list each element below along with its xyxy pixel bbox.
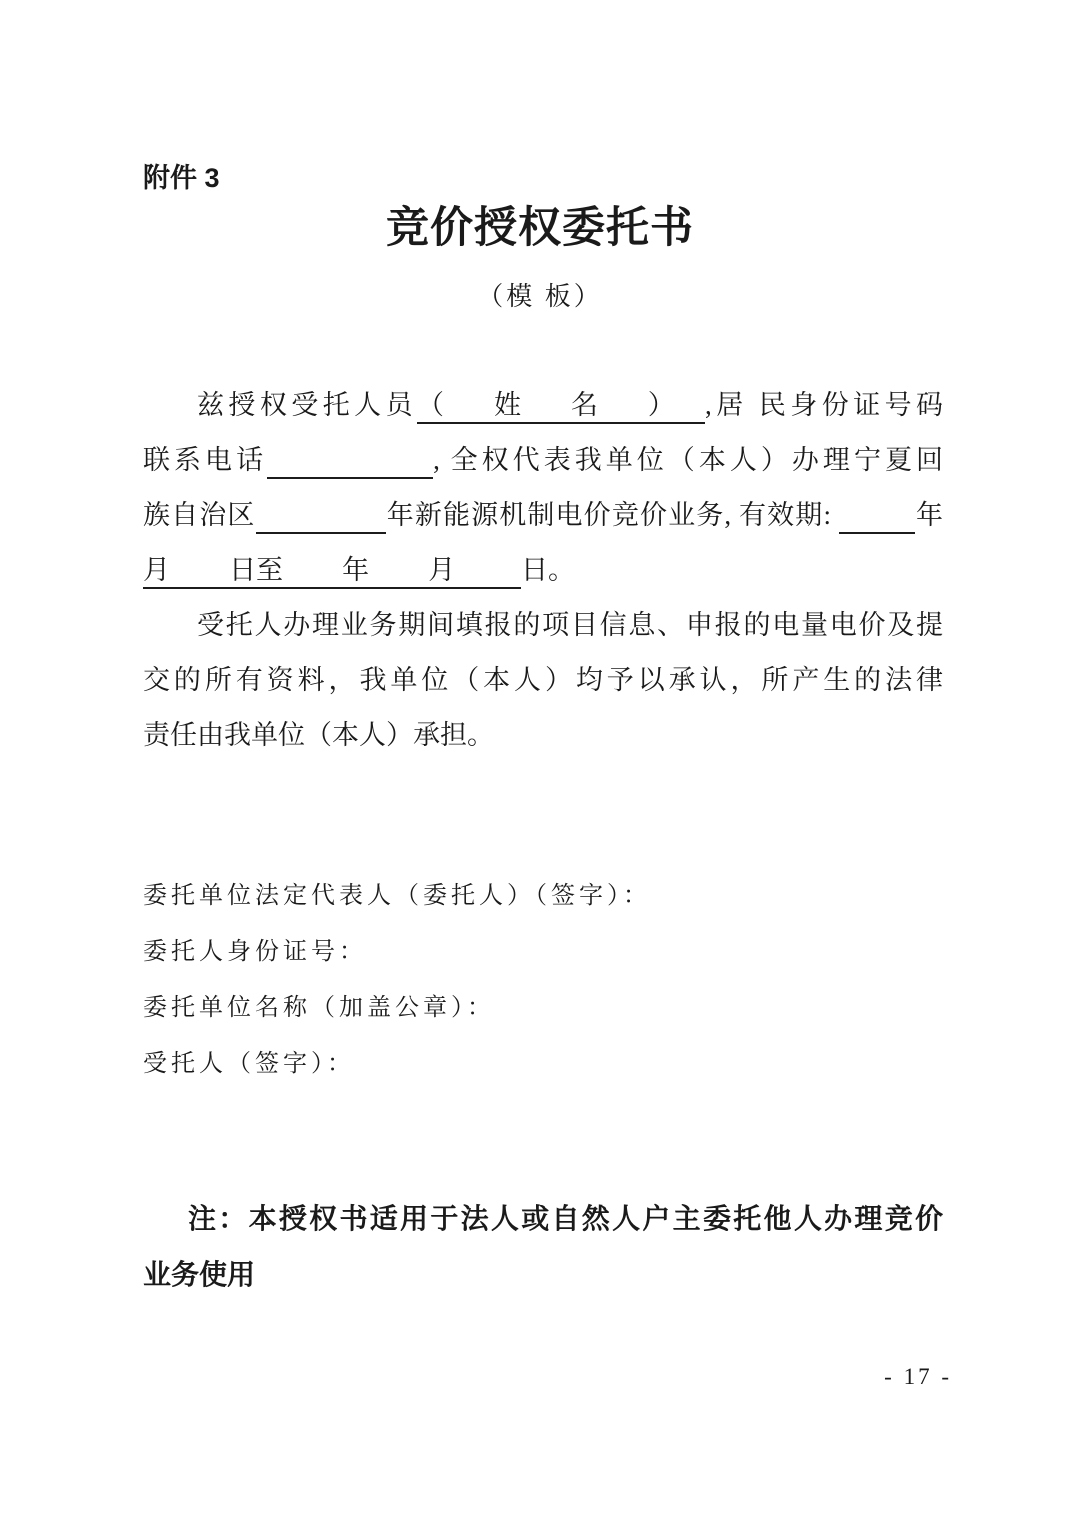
document-body: 兹授权受托人员（ 姓 名 ）,居 民身份证号码 联系电话, 全权代表我单位（本人… — [143, 378, 943, 763]
text-run: 月 — [143, 553, 170, 587]
paragraph1-line3: 族自治区年新能源机制电价竞价业务, 有效期: 年 — [143, 488, 943, 543]
fill-in-blank-dates: 月日至年月 — [143, 553, 521, 589]
document-title: 竞价授权委托书 — [140, 200, 940, 256]
text-run: , 全权代表我单位（本人）办理宁夏回 — [433, 445, 943, 475]
fill-in-blank-year — [256, 498, 386, 534]
text-run: 年 — [915, 500, 943, 530]
text-run: 月 — [428, 553, 455, 587]
paragraph1-line4: 月日至年月日。 — [143, 543, 943, 598]
note-block: 注：本授权书适用于法人或自然人户主委托他人办理竞价 业务使用 — [143, 1192, 943, 1304]
text-run: 联系电话 — [143, 445, 267, 475]
page-number: - 17 - — [884, 1362, 952, 1392]
paragraph1-line2: 联系电话, 全权代表我单位（本人）办理宁夏回 — [143, 433, 943, 488]
signature-line-unit-name: 委托单位名称（加盖公章）： — [143, 980, 943, 1036]
note-line2: 业务使用 — [143, 1248, 943, 1304]
text-run: 日。 — [521, 555, 575, 585]
signature-line-id-number: 委托人身份证号： — [143, 924, 943, 980]
text-run: 族自治区 — [143, 500, 256, 530]
paragraph2-line3: 责任由我单位（本人）承担。 — [143, 708, 943, 763]
text-run: 日至 — [229, 553, 283, 587]
text-run: 年 — [342, 553, 369, 587]
text-run: 年新能源机制电价竞价业务, 有效期: — [386, 500, 839, 530]
document-subtitle: （模 板） — [140, 280, 940, 314]
note-line1: 注：本授权书适用于法人或自然人户主委托他人办理竞价 — [143, 1192, 943, 1248]
paragraph2-line2: 交的所有资料，我单位（本人）均予以承认，所产生的法律 — [143, 653, 943, 708]
document-page: 附件 3 竞价授权委托书 （模 板） 兹授权受托人员（ 姓 名 ）,居 民身份证… — [0, 0, 1080, 1526]
signature-block: 委托单位法定代表人（委托人）（签字）： 委托人身份证号： 委托单位名称（加盖公章… — [143, 868, 943, 1092]
signature-line-trustee: 受托人（签字）： — [143, 1036, 943, 1092]
signature-line-legal-representative: 委托单位法定代表人（委托人）（签字）： — [143, 868, 943, 924]
text-run: ,居 民身份证号码 — [705, 390, 943, 420]
paragraph1-line1: 兹授权受托人员（ 姓 名 ）,居 民身份证号码 — [143, 378, 943, 433]
text-run: 兹授权受托人员 — [197, 390, 417, 420]
fill-in-blank-phone — [267, 443, 433, 479]
fill-in-blank-valid-year — [839, 498, 915, 534]
paragraph2-line1: 受托人办理业务期间填报的项目信息、申报的电量电价及提 — [143, 598, 943, 653]
attachment-label: 附件 3 — [143, 160, 220, 196]
fill-in-blank-name: （ 姓 名 ） — [417, 388, 705, 424]
